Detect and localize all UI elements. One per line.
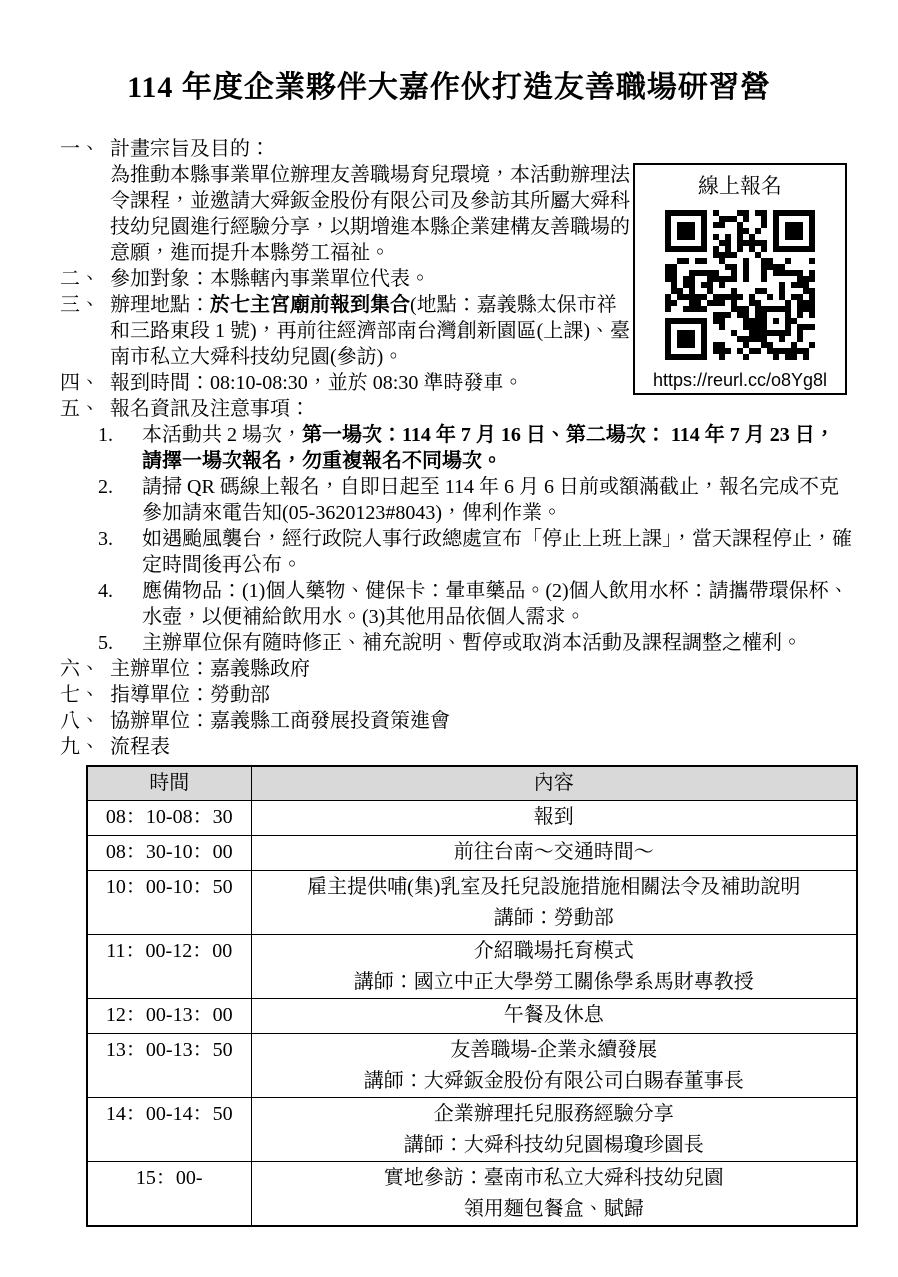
schedule-header-content: 內容 [251,766,857,801]
section-number: 六、 [60,656,110,682]
section-location: 三、 辦理地點：於七主宮廟前報到集合(地點：嘉義縣太保市祥和三路東段 1 號)，… [60,292,630,370]
schedule-time: 13：00-13：50 [87,1034,251,1098]
note-text: 本活動共 2 場次，第一場次：114 年 7 月 16 日、第二場次： 114 … [142,422,854,474]
document-page: 114 年度企業夥伴大嘉作伙打造友善職場研習營 線上報名 https://reu… [0,0,898,1277]
schedule-row: 12：00-13：00 午餐及休息 [87,999,857,1034]
section-agenda: 九、 流程表 [60,734,860,760]
section-text: 辦理地點：於七主宮廟前報到集合(地點：嘉義縣太保市祥和三路東段 1 號)，再前往… [110,292,630,370]
note-number: 3. [96,526,142,552]
section-registration-info-heading: 五、 報名資訊及注意事項： [60,396,630,422]
schedule-lecturer-line: 講師：大舜科技幼兒園楊瓊珍園長 [252,1130,857,1161]
section-number: 五、 [60,396,110,422]
section-heading-text: 報名資訊及注意事項： [110,396,630,422]
schedule-lecturer-line: 講師：大舜鈑金股份有限公司白賜春董事長 [252,1066,857,1097]
section-number: 八、 [60,708,110,734]
schedule-header-time: 時間 [87,766,251,801]
schedule-row: 15：00- 實地參訪：臺南市私立大舜科技幼兒園 領用麵包餐盒、賦歸 [87,1162,857,1227]
schedule-content: 實地參訪：臺南市私立大舜科技幼兒園 領用麵包餐盒、賦歸 [251,1162,857,1227]
section-number: 一、 [60,136,110,162]
schedule-content-line: 午餐及休息 [252,1000,857,1031]
schedule-content-line: 前往台南～交通時間～ [252,837,857,868]
schedule-time: 12：00-13：00 [87,999,251,1034]
schedule-row: 08：30-10：00 前往台南～交通時間～ [87,836,857,871]
note-number: 4. [96,578,142,604]
schedule-content: 前往台南～交通時間～ [251,836,857,871]
section-co-organizer: 八、 協辦單位：嘉義縣工商發展投資策進會 [60,708,860,734]
schedule-content-line: 友善職場-企業永續發展 [252,1035,857,1066]
section-participants: 二、 參加對象：本縣轄內事業單位代表。 [60,266,630,292]
note-number: 5. [96,630,142,656]
schedule-time: 14：00-14：50 [87,1098,251,1162]
section-number: 二、 [60,266,110,292]
schedule-content-line: 實地參訪：臺南市私立大舜科技幼兒園 [252,1163,857,1194]
section-text: 主辦單位：嘉義縣政府 [110,656,860,682]
section-advisor: 七、 指導單位：勞動部 [60,682,860,708]
section-checkin-time: 四、 報到時間：08:10-08:30，並於 08:30 準時發車。 [60,370,630,396]
schedule-content-line: 企業辦理托兒服務經驗分享 [252,1099,857,1130]
note-item-supplies: 4. 應備物品：(1)個人藥物、健保卡：暈車藥品。(2)個人飲用水杯：請攜帶環保… [96,578,860,630]
note-item-sessions: 1. 本活動共 2 場次，第一場次：114 年 7 月 16 日、第二場次： 1… [96,422,860,474]
schedule-row: 13：00-13：50 友善職場-企業永續發展 講師：大舜鈑金股份有限公司白賜春… [87,1034,857,1098]
schedule-lecturer-line: 講師：勞動部 [252,903,857,934]
section-number: 七、 [60,682,110,708]
schedule-content-line: 介紹職場托育模式 [252,936,857,967]
note-text-pre: 本活動共 2 場次， [142,424,302,446]
note-item-rights: 5. 主辦單位保有隨時修正、補充說明、暫停或取消本活動及課程調整之權利。 [96,630,860,656]
schedule-table: 時間 內容 08：10-08：30 報到 08：30-10：00 前往台南～交通… [86,765,858,1227]
schedule-time: 15：00- [87,1162,251,1227]
schedule-time: 10：00-10：50 [87,871,251,935]
schedule-time: 11：00-12：00 [87,935,251,999]
section-number: 三、 [60,292,110,318]
location-pre: 辦理地點： [110,294,210,316]
schedule-row: 08：10-08：30 報到 [87,801,857,836]
schedule-content-line: 報到 [252,802,857,833]
section-number: 九、 [60,734,110,760]
section-text: 參加對象：本縣轄內事業單位代表。 [110,266,630,292]
page-title: 114 年度企業夥伴大嘉作伙打造友善職場研習營 [0,0,898,106]
section-purpose-body: 為推動本縣事業單位辦理友善職場育兒環境，本活動辦理法令課程，並邀請大舜鈑金股份有… [110,162,630,266]
note-text: 應備物品：(1)個人藥物、健保卡：暈車藥品。(2)個人飲用水杯：請攜帶環保杯、水… [142,578,854,630]
schedule-content: 午餐及休息 [251,999,857,1034]
note-number: 1. [96,422,142,448]
schedule-content-line: 領用麵包餐盒、賦歸 [252,1194,857,1225]
registration-notes-list: 1. 本活動共 2 場次，第一場次：114 年 7 月 16 日、第二場次： 1… [96,422,860,656]
section-text: 流程表 [110,734,860,760]
section-heading-text: 計畫宗旨及目的： [110,136,630,162]
schedule-row: 11：00-12：00 介紹職場托育模式 講師：國立中正大學勞工關係學系馬財專教… [87,935,857,999]
schedule-content: 報到 [251,801,857,836]
note-text: 如遇颱風襲台，經行政院人事行政總處宣布「停止上班上課」，當天課程停止，確定時間後… [142,526,854,578]
schedule-content-line: 雇主提供哺(集)乳室及托兒設施措施相關法令及補助說明 [252,872,857,903]
section-purpose-heading: 一、 計畫宗旨及目的： [60,136,630,162]
schedule-row: 14：00-14：50 企業辦理托兒服務經驗分享 講師：大舜科技幼兒園楊瓊珍園長 [87,1098,857,1162]
note-item-qr-signup: 2. 請掃 QR 碼線上報名，自即日起至 114 年 6 月 6 日前或額滿截止… [96,474,860,526]
location-assembly-point: 於七主宮廟前報到集合 [210,294,410,316]
document-body: 一、 計畫宗旨及目的： 為推動本縣事業單位辦理友善職場育兒環境，本活動辦理法令課… [60,136,860,1227]
schedule-time: 08：10-08：30 [87,801,251,836]
section-text: 報到時間：08:10-08:30，並於 08:30 準時發車。 [110,370,630,396]
schedule-content: 友善職場-企業永續發展 講師：大舜鈑金股份有限公司白賜春董事長 [251,1034,857,1098]
section-text: 協辦單位：嘉義縣工商發展投資策進會 [110,708,860,734]
section-number: 四、 [60,370,110,396]
schedule-row: 10：00-10：50 雇主提供哺(集)乳室及托兒設施措施相關法令及補助說明 講… [87,871,857,935]
section-organizer: 六、 主辦單位：嘉義縣政府 [60,656,860,682]
schedule-content: 企業辦理托兒服務經驗分享 講師：大舜科技幼兒園楊瓊珍園長 [251,1098,857,1162]
note-text: 主辦單位保有隨時修正、補充說明、暫停或取消本活動及課程調整之權利。 [142,630,802,656]
note-number: 2. [96,474,142,500]
schedule-time: 08：30-10：00 [87,836,251,871]
section-text: 指導單位：勞動部 [110,682,860,708]
schedule-lecturer-line: 講師：國立中正大學勞工關係學系馬財專教授 [252,967,857,998]
note-item-typhoon: 3. 如遇颱風襲台，經行政院人事行政總處宣布「停止上班上課」，當天課程停止，確定… [96,526,860,578]
note-text: 請掃 QR 碼線上報名，自即日起至 114 年 6 月 6 日前或額滿截止，報名… [142,474,854,526]
schedule-content: 雇主提供哺(集)乳室及托兒設施措施相關法令及補助說明 講師：勞動部 [251,871,857,935]
schedule-header-row: 時間 內容 [87,766,857,801]
schedule-content: 介紹職場托育模式 講師：國立中正大學勞工關係學系馬財專教授 [251,935,857,999]
